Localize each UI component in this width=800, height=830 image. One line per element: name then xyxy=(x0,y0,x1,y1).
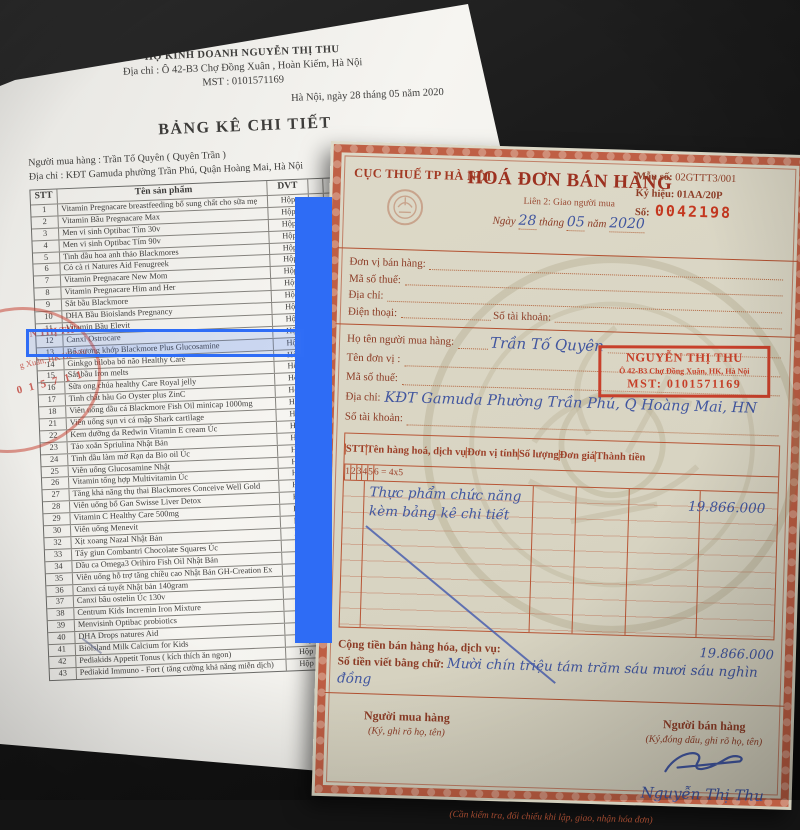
handwritten-signature-name: Nguyễn Thị Thu xyxy=(640,783,764,800)
row-number: 25 xyxy=(42,466,68,478)
row-number: 6 xyxy=(33,264,59,276)
date-word-month: tháng xyxy=(539,216,564,229)
row-number: 26 xyxy=(42,478,68,490)
row-number: 1 xyxy=(31,204,57,216)
seller-signature-block: Người bán hàng (Ký,đóng dấu, ghi rõ họ, … xyxy=(640,717,766,800)
handwritten-item-description: Thực phẩm chức năng kèm bảng kê chi tiết xyxy=(369,483,545,526)
invoice-col-header: Thành tiền xyxy=(595,450,646,462)
photo-scene: HỘ KINH DOANH NGUYỄN THỊ THU Địa chỉ : Ô… xyxy=(0,0,800,800)
row-number: 8 xyxy=(34,288,60,300)
invoice-items-table: STTTên hàng hoá, dịch vụĐơn vị tínhSố lư… xyxy=(339,433,781,641)
row-number: 24 xyxy=(41,454,67,466)
date-word-year: năm xyxy=(587,218,606,231)
row-number: 27 xyxy=(42,490,68,502)
buyer-sign-note: (Ký, ghi rõ họ, tên) xyxy=(363,725,449,739)
row-number: 40 xyxy=(48,632,74,644)
row-number: 36 xyxy=(46,585,72,597)
buyer-signature-block: Người mua hàng (Ký, ghi rõ họ, tên) xyxy=(362,708,450,796)
invoice-table-body: Thực phẩm chức năng kèm bảng kê chi tiết… xyxy=(340,480,778,640)
row-number: 37 xyxy=(47,597,73,609)
invoice-serial-number: 0042198 xyxy=(655,202,733,222)
col-header-dvt: DVT xyxy=(266,179,308,195)
handwritten-buyer-name: Trần Tố Quyên xyxy=(490,334,604,356)
column-index-cell: 6 = 4x5 xyxy=(373,465,404,481)
invoice-col-header: STT xyxy=(345,443,366,455)
row-number: 43 xyxy=(50,668,76,680)
handwritten-item-amount: 19.866.000 xyxy=(688,499,766,517)
row-number: 34 xyxy=(45,561,71,573)
seller-stamp-box: NGUYỄN THỊ THU Ô 42-B3 Chợ Đồng Xuân, HK… xyxy=(598,345,770,398)
stamp-name: NGUYỄN THỊ THU xyxy=(603,350,765,366)
redaction-bar xyxy=(295,197,332,643)
stamp-tax-code: MST: 0101571169 xyxy=(603,376,765,392)
row-number: 33 xyxy=(45,549,71,561)
row-number: 30 xyxy=(44,525,70,537)
date-word-day: Ngày xyxy=(492,215,516,228)
handwritten-month: 05 xyxy=(567,214,585,232)
row-number: 28 xyxy=(43,502,69,514)
page-title: BẢNG KÊ CHI TIẾT xyxy=(19,109,471,145)
invoice-col-header: Đơn giá xyxy=(559,449,596,461)
invoice-sheet: CỤC THUẾ TP HÀ NỘI HOÁ ĐƠN BÁN HÀNG Liên… xyxy=(312,141,800,800)
row-number: 42 xyxy=(49,656,75,668)
row-number: 41 xyxy=(49,644,75,656)
row-number: 29 xyxy=(43,513,69,525)
row-number: 3 xyxy=(32,228,58,240)
handwritten-day: 28 xyxy=(518,213,536,231)
seller-sign-title: Người bán hàng xyxy=(643,717,766,736)
invoice-col-header: Đơn vị tính xyxy=(466,447,518,460)
row-number: 39 xyxy=(48,620,74,632)
row-number: 2 xyxy=(31,216,57,228)
row-number: 7 xyxy=(34,276,60,288)
handwritten-total-amount: 19.866.000 xyxy=(699,646,774,663)
invoice-col-header: Tên hàng hoá, dịch vụ xyxy=(366,444,467,458)
stamp-fragment: 0 1 5 7 1 1 xyxy=(15,368,85,396)
tax-emblem-icon xyxy=(384,187,425,228)
stamp-address: Ô 42-B3 Chợ Đồng Xuân, HK, Hà Nội xyxy=(603,366,765,376)
col-header-qty xyxy=(307,179,323,194)
row-number: 4 xyxy=(32,240,58,252)
signature-scribble xyxy=(648,745,759,782)
invoice-col-header: Số lượng xyxy=(518,448,559,460)
highlight-box-row-13 xyxy=(26,329,304,357)
row-number: 35 xyxy=(46,573,72,585)
col-header-stt: STT xyxy=(30,189,57,204)
buyer-sign-title: Người mua hàng xyxy=(364,708,450,726)
row-number: 38 xyxy=(47,608,73,620)
row-number: 32 xyxy=(44,537,70,549)
row-number: 5 xyxy=(33,252,59,264)
